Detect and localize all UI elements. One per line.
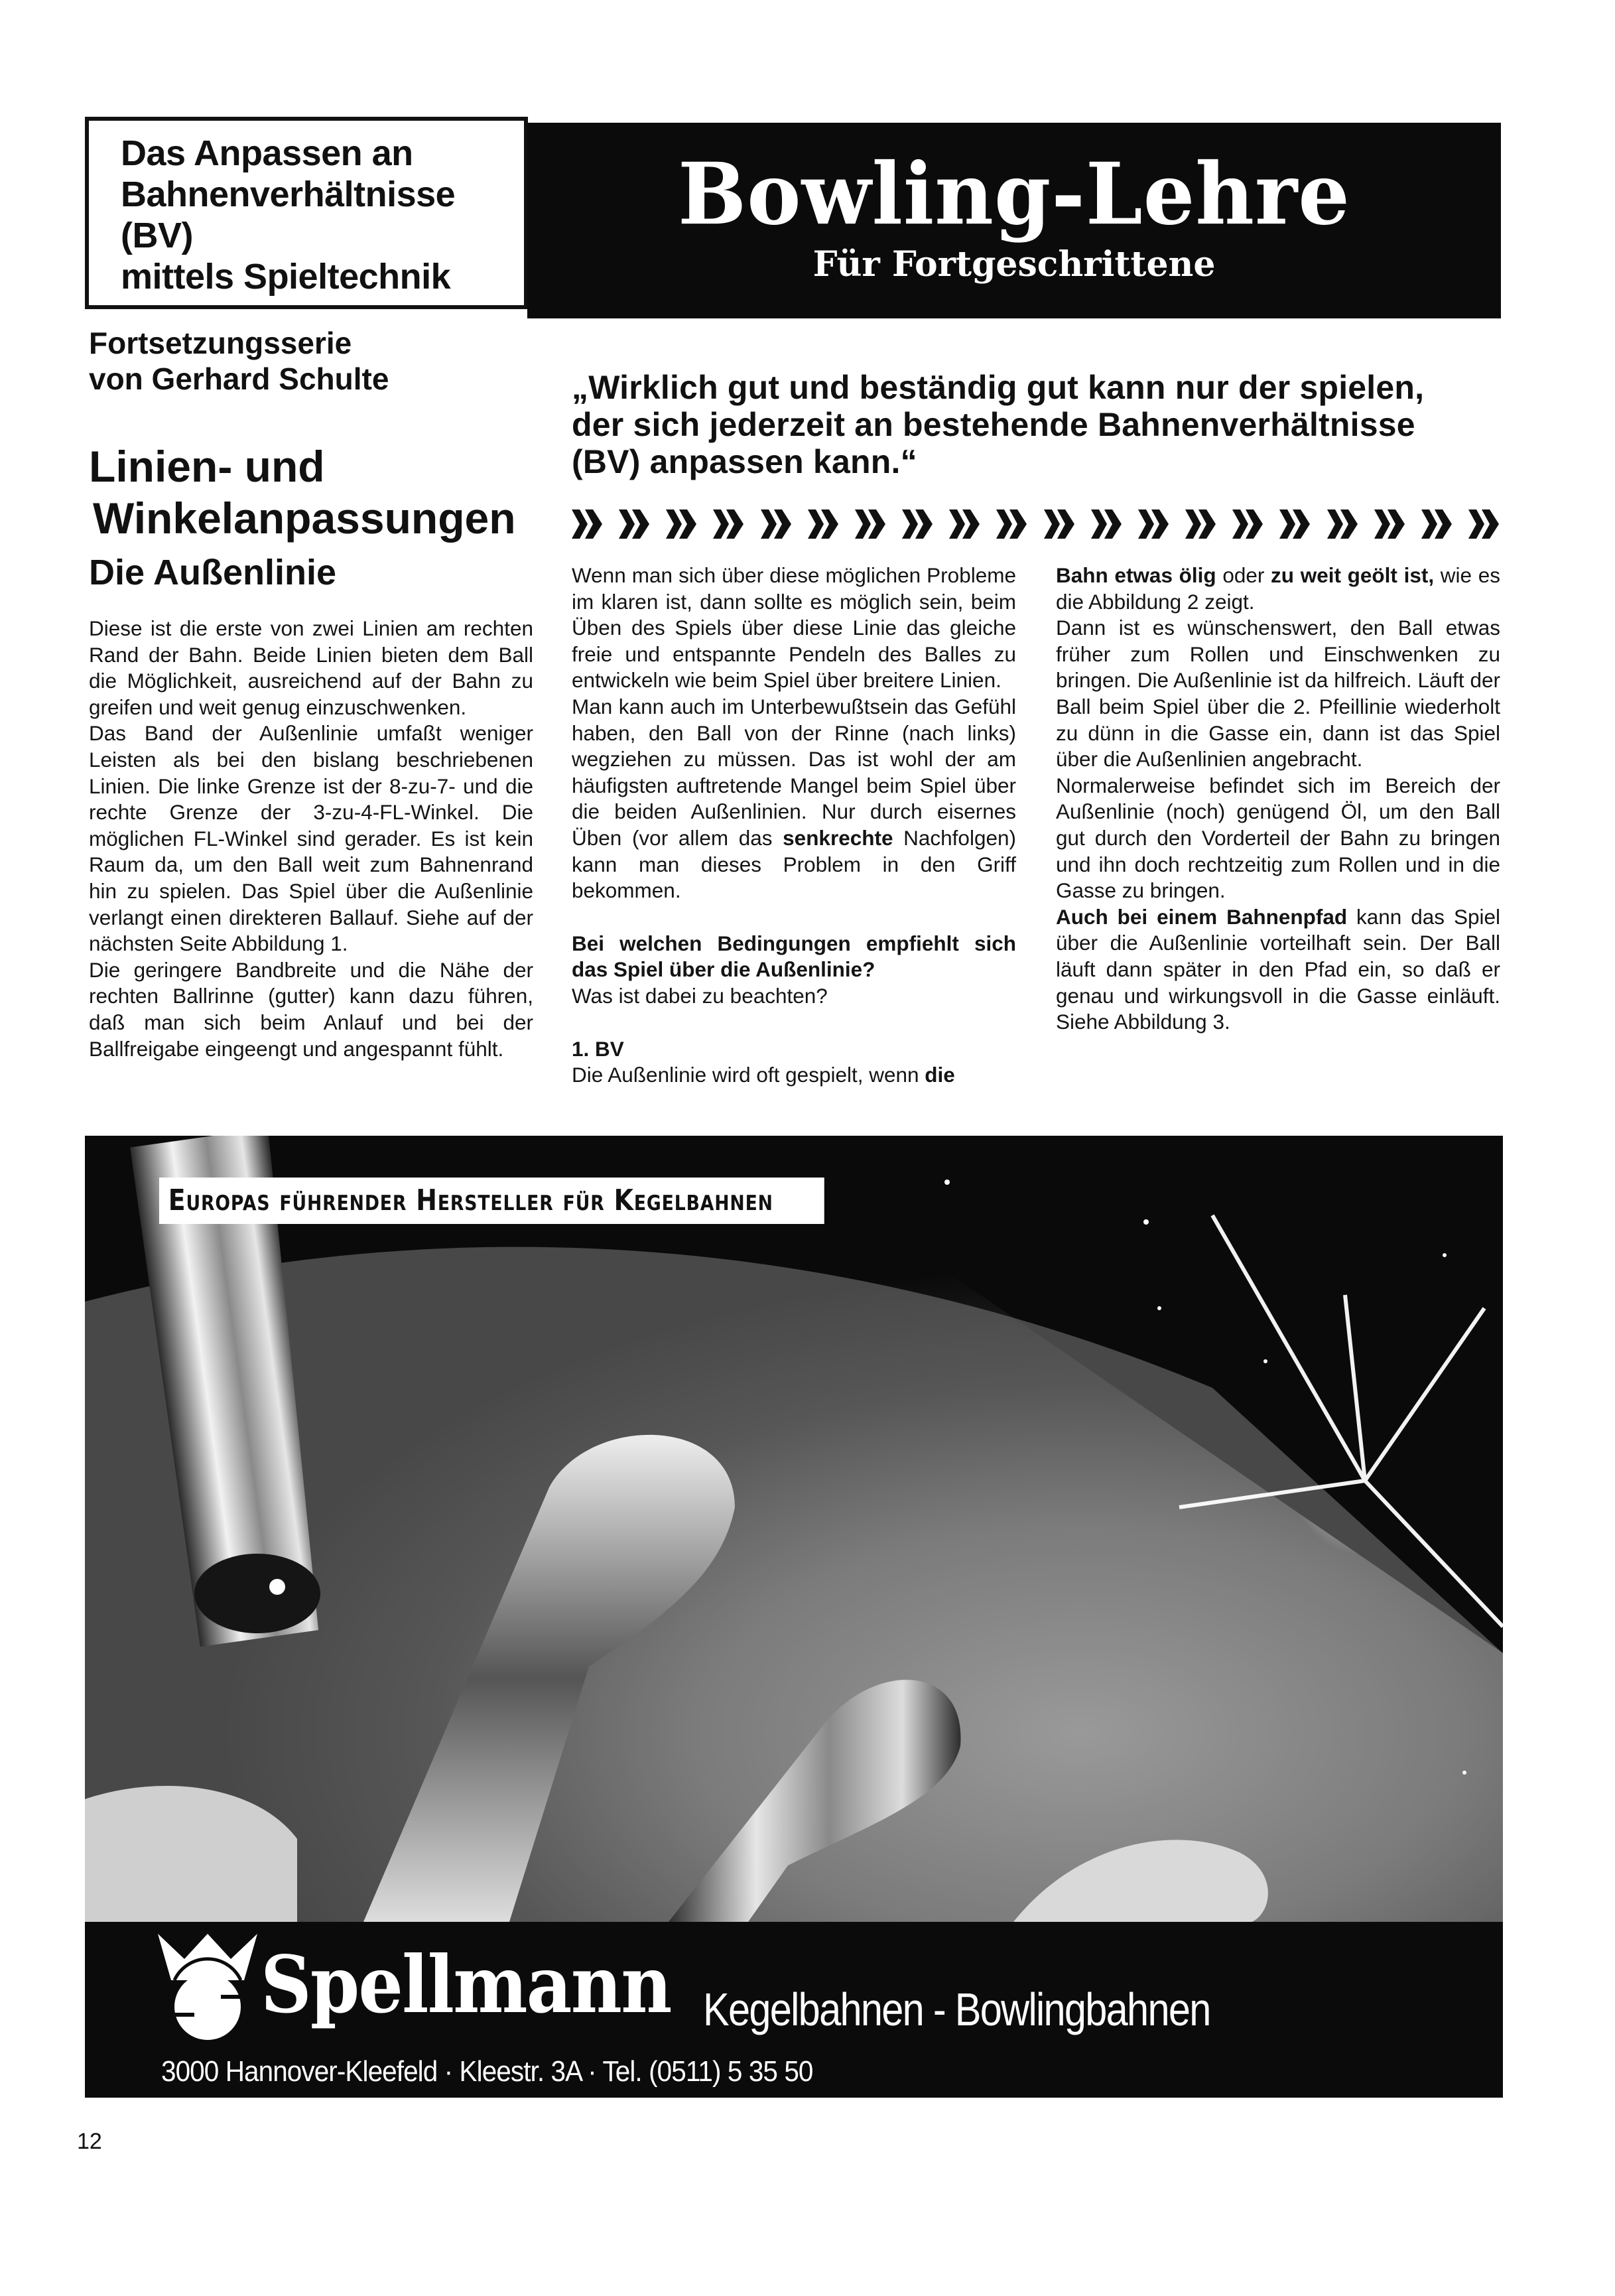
article-heading: Linien- und Winkelanpassungen bbox=[89, 440, 547, 544]
paragraph: Auch bei einem Bahnenpfad kann das Spiel… bbox=[1056, 904, 1500, 1036]
series-title-line: mittels Spieltechnik bbox=[121, 256, 524, 297]
emphasis: die bbox=[925, 1063, 955, 1087]
paragraph: Normalerweise befindet sich im Bereich d… bbox=[1056, 773, 1500, 904]
question-subtext: Was ist dabei zu beachten? bbox=[572, 983, 1016, 1010]
article-heading-line: Winkelanpassungen bbox=[89, 492, 547, 544]
brand-name: Spellmann bbox=[261, 1942, 671, 2028]
double-chevron-right-icon bbox=[996, 506, 1028, 543]
double-chevron-right-icon bbox=[808, 506, 840, 543]
pull-quote: „Wirklich gut und beständig gut kann nur… bbox=[572, 369, 1507, 480]
emphasis: Bahn etwas ölig bbox=[1056, 563, 1216, 587]
text-run: Die Außenlinie wird oft gespielt, wenn bbox=[572, 1063, 925, 1087]
advertiser-address: 3000 Hannover-Kleefeld · Kleestr. 3A · T… bbox=[161, 2055, 813, 2089]
series-title-box: Das Anpassen an Bahnenverhältnisse (BV) … bbox=[85, 117, 528, 309]
text-run: oder bbox=[1216, 563, 1271, 587]
paragraph: Wenn man sich über diese möglichen Probl… bbox=[572, 563, 1016, 694]
chevron-divider bbox=[572, 506, 1500, 543]
emphasis: zu weit geölt ist, bbox=[1271, 563, 1434, 587]
title-banner: Bowling-Lehre Für Fortgeschrittene bbox=[527, 123, 1501, 318]
section-heading: Die Außenlinie bbox=[89, 551, 336, 594]
pull-quote-line: (BV) anpassen kann.“ bbox=[572, 443, 1507, 480]
emphasis: senkrechte bbox=[783, 826, 893, 850]
double-chevron-right-icon bbox=[855, 506, 887, 543]
double-chevron-right-icon bbox=[1091, 506, 1123, 543]
banner-subtitle: Für Fortgeschrittene bbox=[527, 245, 1501, 285]
article-heading-line: Linien- und bbox=[89, 440, 547, 492]
advertisement-image bbox=[85, 1136, 1503, 1922]
series-title-line: Bahnenverhältnisse bbox=[121, 174, 524, 215]
double-chevron-right-icon bbox=[902, 506, 934, 543]
bowling-pins-illustration bbox=[85, 1136, 1503, 1922]
paragraph: Man kann auch im Unterbewußtsein das Gef… bbox=[572, 694, 1016, 904]
double-chevron-right-icon bbox=[1421, 506, 1453, 543]
ad-tagline: Europas führender Hersteller für Kegelba… bbox=[159, 1178, 824, 1224]
crown-s-logo-icon bbox=[158, 1934, 257, 2040]
double-chevron-right-icon bbox=[761, 506, 793, 543]
brand-tagline: Kegelbahnen - Bowlingbahnen bbox=[703, 1983, 1210, 2036]
series-title-line: (BV) bbox=[121, 215, 524, 256]
double-chevron-right-icon bbox=[1138, 506, 1170, 543]
column-middle: Wenn man sich über diese möglichen Probl… bbox=[572, 563, 1016, 1089]
double-chevron-right-icon bbox=[1374, 506, 1406, 543]
paragraph: Diese ist die erste von zwei Linien am r… bbox=[89, 616, 533, 720]
paragraph: Das Band der Außenlinie umfaßt weniger L… bbox=[89, 720, 533, 957]
banner-title: Bowling-Lehre bbox=[527, 149, 1501, 239]
series-label: Fortsetzungsserie bbox=[89, 325, 540, 361]
column-left: Diese ist die erste von zwei Linien am r… bbox=[89, 616, 533, 1062]
paragraph: Dann ist es wünschenswert, den Ball etwa… bbox=[1056, 615, 1500, 773]
pull-quote-line: der sich jederzeit an bestehende Bahnenv… bbox=[572, 406, 1507, 443]
page-number: 12 bbox=[77, 2128, 102, 2155]
double-chevron-right-icon bbox=[713, 506, 745, 543]
author-byline: Fortsetzungsserie von Gerhard Schulte bbox=[89, 325, 540, 397]
pull-quote-line: „Wirklich gut und beständig gut kann nur… bbox=[572, 369, 1507, 406]
double-chevron-right-icon bbox=[1232, 506, 1264, 543]
column-right: Bahn etwas ölig oder zu weit geölt ist, … bbox=[1056, 563, 1500, 1036]
paragraph: Bahn etwas ölig oder zu weit geölt ist, … bbox=[1056, 563, 1500, 615]
double-chevron-right-icon bbox=[1468, 506, 1500, 543]
numbered-section-label: 1. BV bbox=[572, 1036, 1016, 1063]
double-chevron-right-icon bbox=[1044, 506, 1076, 543]
author-name: von Gerhard Schulte bbox=[89, 361, 540, 397]
double-chevron-right-icon bbox=[1279, 506, 1311, 543]
advertiser-footer: Spellmann Kegelbahnen - Bowlingbahnen 30… bbox=[85, 1922, 1503, 2098]
double-chevron-right-icon bbox=[619, 506, 651, 543]
double-chevron-right-icon bbox=[666, 506, 698, 543]
emphasis: Auch bei einem Bahnenpfad bbox=[1056, 905, 1347, 929]
paragraph: Die Außenlinie wird oft gespielt, wenn d… bbox=[572, 1062, 1016, 1089]
paragraph: Die geringere Bandbreite und die Nähe de… bbox=[89, 957, 533, 1062]
double-chevron-right-icon bbox=[572, 506, 604, 543]
double-chevron-right-icon bbox=[1327, 506, 1359, 543]
double-chevron-right-icon bbox=[1185, 506, 1217, 543]
question-heading: Bei welchen Bedingungen empfiehlt sich d… bbox=[572, 931, 1016, 983]
series-title-line: Das Anpassen an bbox=[121, 133, 524, 174]
double-chevron-right-icon bbox=[949, 506, 981, 543]
